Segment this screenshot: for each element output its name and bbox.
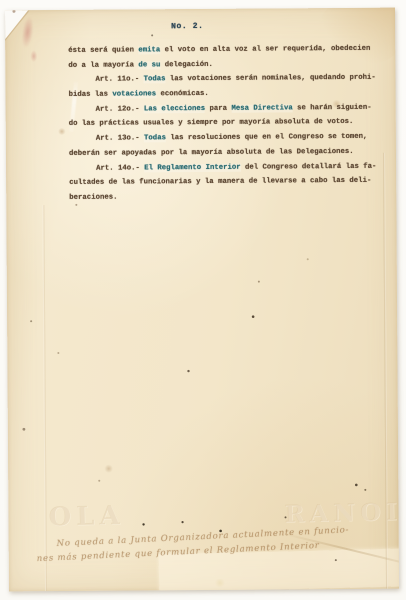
typed-segment: las resoluciones que en el Congreso se t… [166,133,367,142]
typed-segment: votaciones [112,90,156,98]
typed-line: Art. 11o.- Todas las votaciones serán no… [68,71,388,88]
typed-segment: Mesa Directiva [231,104,292,112]
typed-segment: Art. 13o.- [96,135,144,143]
typed-line: deberán ser apoyadas por la mayoría abso… [69,145,389,162]
typed-segment: las votaciones serán nominales, quedando… [166,74,376,83]
typed-segment: Las elecciones [144,105,205,113]
typed-segment: do las prácticas usuales y siempre por m… [69,118,354,128]
typed-segment: Art. 14o.- [96,164,144,172]
typed-segment: el voto en alta voz al ser requerida, ob… [160,45,370,54]
paper-sheet: OLA RANOI No. 2. ésta será quien emita e… [5,8,399,592]
typed-segment: del Congreso detallará las fa- [241,162,377,171]
fold-crease [42,205,47,591]
typed-segment: bidas las [69,91,113,99]
watermark-text: OLA [48,501,125,533]
typed-segment: ésta será quien [68,46,138,54]
typed-segment: Art. 12o.- [96,105,144,113]
typed-segment: emita [138,46,160,54]
typed-lines: ésta será quien emita el voto en alta vo… [68,42,389,206]
typed-line: beraciones. [69,189,389,206]
paper-stain [58,128,66,135]
pink-smudge [30,50,37,62]
scanned-page: OLA RANOI No. 2. ésta será quien emita e… [0,0,406,600]
page-number-label: No. 2. [171,22,203,31]
typed-segment: El Reglamento Interior [144,163,240,172]
typed-segment: Art. 11o.- [95,76,143,84]
typed-line: cultades de las funcionarias y la manera… [69,174,389,191]
typed-segment: económicas. [156,90,209,98]
watermark-text: RANOI [284,497,399,528]
fly-specks [5,10,7,12]
typed-line: ésta será quien emita el voto en alta vo… [68,42,388,59]
typed-segment: para [205,105,231,113]
typed-segment: se harán siguien- [293,104,372,113]
paper-stain [104,465,113,473]
typed-segment: Todas [144,134,166,142]
typed-segment: deberán ser apoyadas por la mayoría abso… [69,148,354,158]
typed-segment: Todas [144,76,166,84]
pink-smudge [20,16,35,49]
typed-segment: delegación. [160,61,213,69]
typed-segment: do a la mayoría [68,61,138,69]
typed-segment: beraciones. [69,193,117,201]
typed-segment: de su [138,61,160,69]
typed-segment: cultades de las funcionarias y la manera… [69,177,371,187]
